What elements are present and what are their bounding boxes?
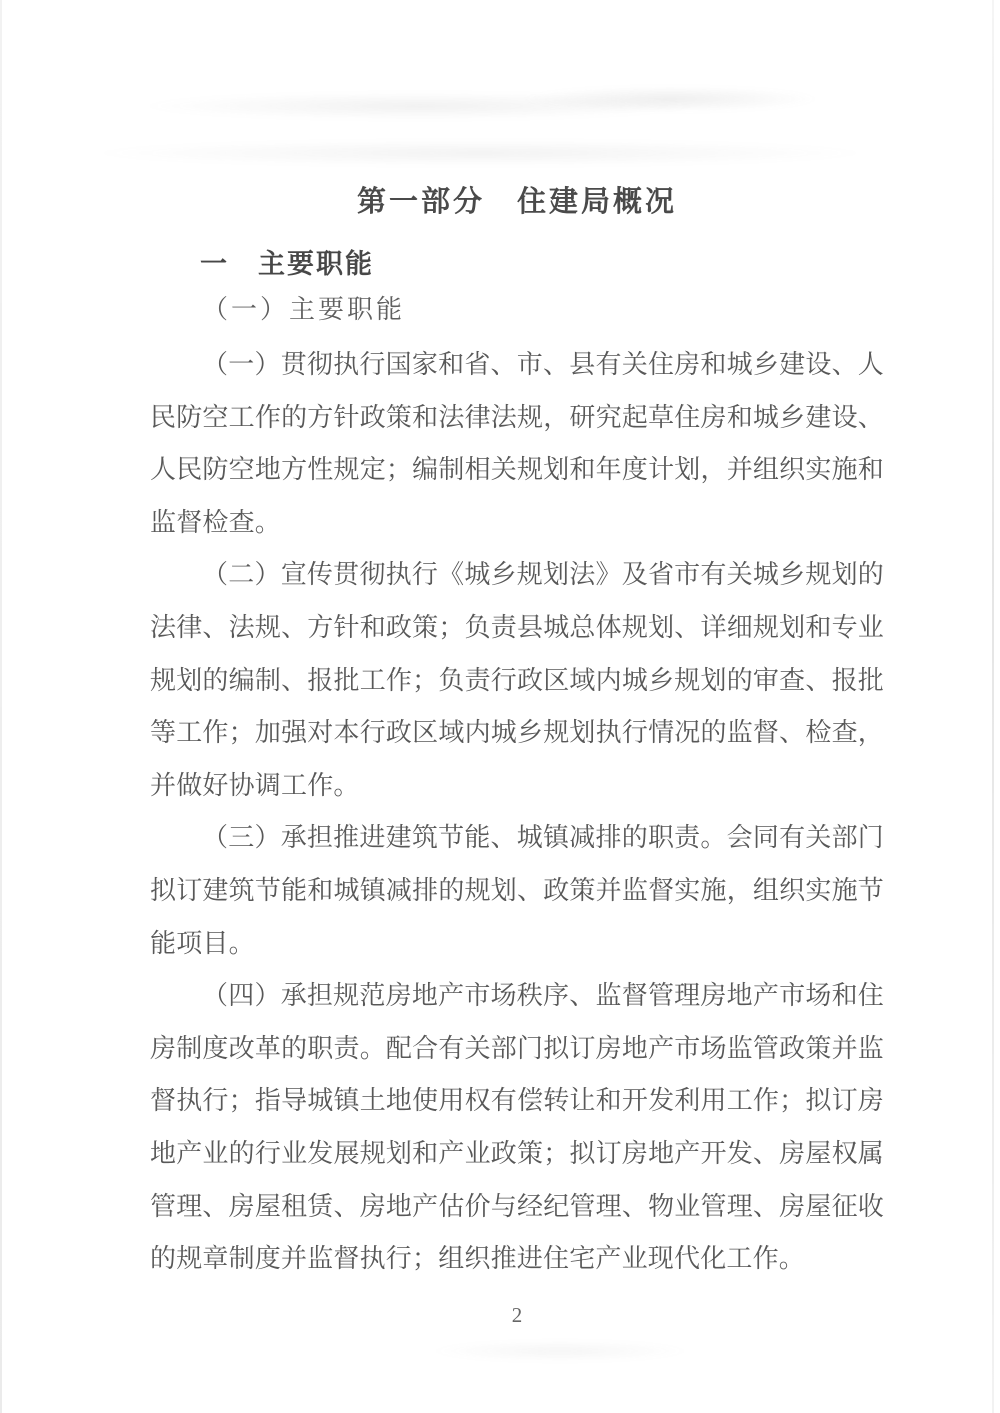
document-body: （一）贯彻执行国家和省、市、县有关住房和城乡建设、人民防空工作的方针政策和法律法… <box>150 339 884 1286</box>
scan-edge-right <box>992 0 994 1413</box>
sub-heading: （一）主要职能 <box>202 289 405 326</box>
scan-artifact <box>520 86 820 112</box>
paragraph-2: （二）宣传贯彻执行《城乡规划法》及省市有关城乡规划的法律、法规、方针和政策；负责… <box>150 549 884 812</box>
scan-artifact <box>140 92 700 120</box>
scanned-document-page: 第一部分 住建局概况 一 主要职能 （一）主要职能 （一）贯彻执行国家和省、市、… <box>0 0 1000 1413</box>
paragraph-4: （四）承担规范房地产市场秩序、监督管理房地产市场和住房制度改革的职责。配合有关部… <box>150 970 884 1286</box>
page-title: 第一部分 住建局概况 <box>150 179 884 220</box>
scan-edge-left <box>0 0 2 1413</box>
section-heading: 一 主要职能 <box>200 242 374 281</box>
paragraph-1: （一）贯彻执行国家和省、市、县有关住房和城乡建设、人民防空工作的方针政策和法律法… <box>150 339 884 549</box>
scan-artifact <box>430 1340 690 1362</box>
scan-artifact <box>100 140 860 166</box>
page-number: 2 <box>150 1303 884 1328</box>
paragraph-3: （三）承担推进建筑节能、城镇减排的职责。会同有关部门拟订建筑节能和城镇减排的规划… <box>150 812 884 970</box>
